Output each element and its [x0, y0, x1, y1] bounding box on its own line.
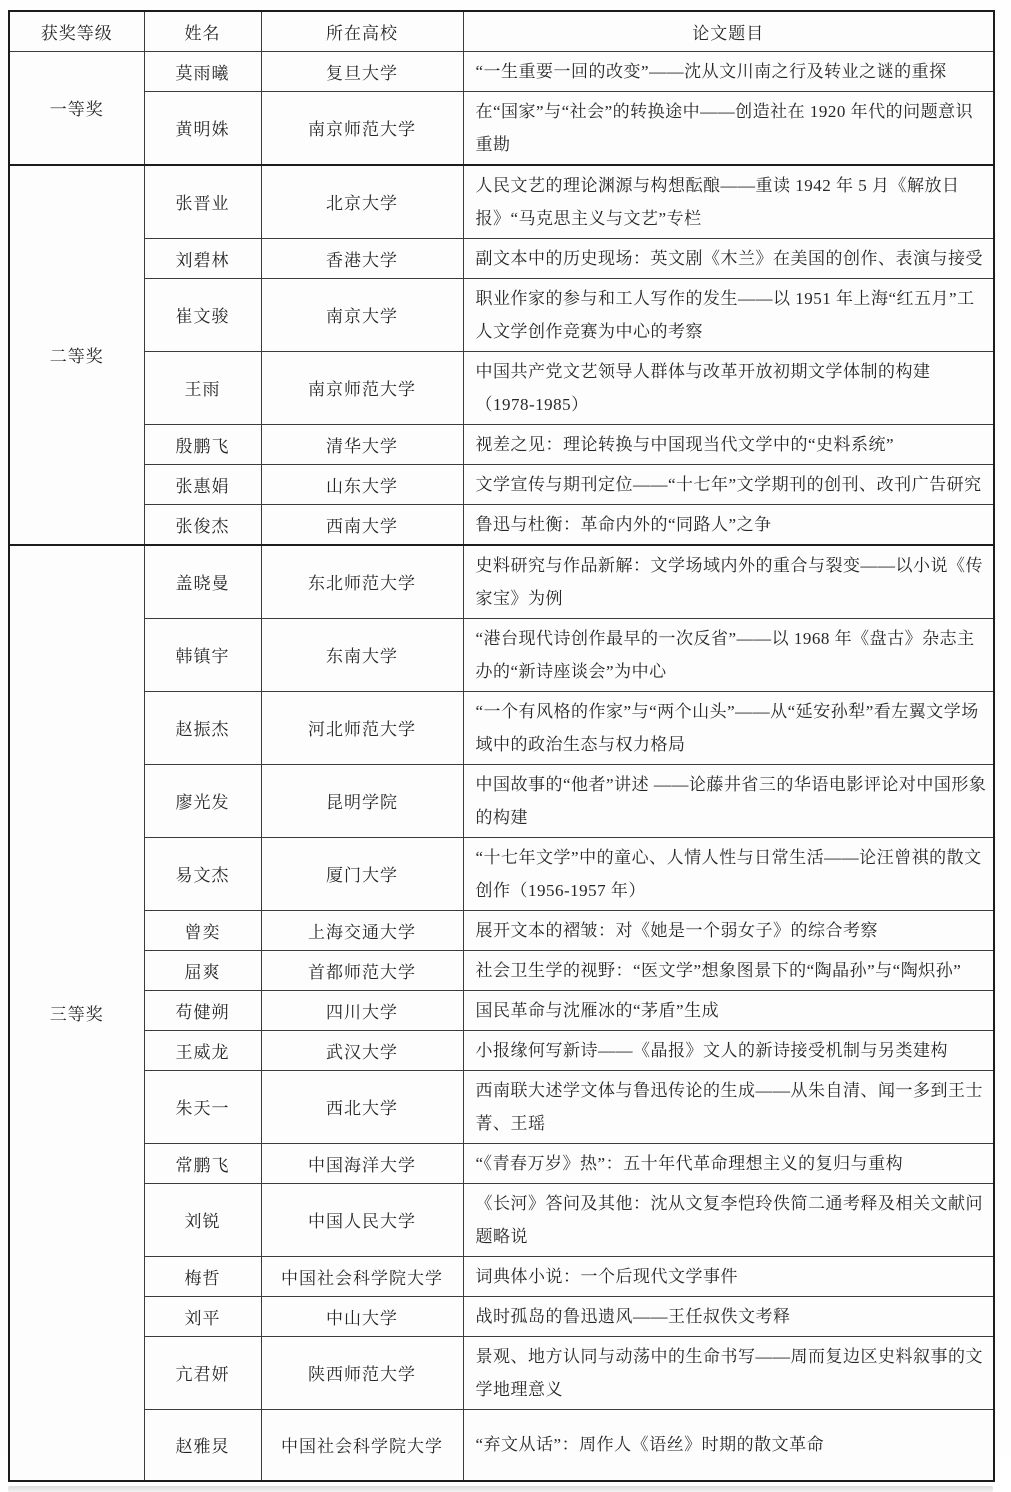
paper-title: “十七年文学”中的童心、人情人性与日常生活——论汪曾祺的散文创作（1956-19…: [463, 837, 994, 910]
table-row: 刘平 中山大学 战时孤岛的鲁迅遗风——王任叔佚文考释: [9, 1296, 994, 1336]
table-row: 刘碧林 香港大学 副文本中的历史现场：英文剧《木兰》在美国的创作、表演与接受: [9, 238, 994, 278]
university: 东南大学: [261, 618, 463, 691]
university: 中国社会科学院大学: [261, 1256, 463, 1296]
paper-title: “一生重要一回的改变”——沈从文川南之行及转业之谜的重探: [463, 51, 994, 91]
university: 昆明学院: [261, 764, 463, 837]
table-row: 梅哲 中国社会科学院大学 词典体小说：一个后现代文学事件: [9, 1256, 994, 1296]
table-row: 王威龙 武汉大学 小报缘何写新诗——《晶报》文人的新诗接受机制与另类建构: [9, 1030, 994, 1070]
paper-title: 西南联大述学文体与鲁迅传论的生成——从朱自清、闻一多到王士菁、王瑶: [463, 1070, 994, 1143]
awardee-name: 易文杰: [144, 837, 261, 910]
university: 中国海洋大学: [261, 1143, 463, 1183]
university: 厦门大学: [261, 837, 463, 910]
university: 香港大学: [261, 238, 463, 278]
table-row: 崔文骏 南京大学 职业作家的参与和工人写作的发生——以 1951 年上海“红五月…: [9, 278, 994, 351]
paper-title: “弃文从话”：周作人《语丝》时期的散文革命: [463, 1409, 994, 1481]
table-row: 张俊杰 西南大学 鲁迅与杜衡：革命内外的“同路人”之争: [9, 504, 994, 545]
table-row: 赵雅炅 中国社会科学院大学 “弃文从话”：周作人《语丝》时期的散文革命: [9, 1409, 994, 1481]
university: 中国人民大学: [261, 1183, 463, 1256]
awardee-name: 王雨: [144, 351, 261, 424]
university: 东北师范大学: [261, 545, 463, 619]
awardee-name: 苟健朔: [144, 990, 261, 1030]
table-row: 朱天一 西北大学 西南联大述学文体与鲁迅传论的生成——从朱自清、闻一多到王士菁、…: [9, 1070, 994, 1143]
paper-title: 国民革命与沈雁冰的“茅盾”生成: [463, 990, 994, 1030]
university: 南京师范大学: [261, 91, 463, 165]
awardee-name: 殷鹏飞: [144, 424, 261, 464]
table-row: 殷鹏飞 清华大学 视差之见：理论转换与中国现当代文学中的“史料系统”: [9, 424, 994, 464]
paper-title: 史料研究与作品新解：文学场域内外的重合与裂变——以小说《传家宝》为例: [463, 545, 994, 619]
university: 首都师范大学: [261, 950, 463, 990]
awardee-name: 常鹏飞: [144, 1143, 261, 1183]
university: 陕西师范大学: [261, 1336, 463, 1409]
paper-title: 小报缘何写新诗——《晶报》文人的新诗接受机制与另类建构: [463, 1030, 994, 1070]
paper-title: 战时孤岛的鲁迅遗风——王任叔佚文考释: [463, 1296, 994, 1336]
university: 复旦大学: [261, 51, 463, 91]
table-row: 苟健朔 四川大学 国民革命与沈雁冰的“茅盾”生成: [9, 990, 994, 1030]
paper-title: 鲁迅与杜衡：革命内外的“同路人”之争: [463, 504, 994, 545]
awardee-name: 张俊杰: [144, 504, 261, 545]
university: 中国社会科学院大学: [261, 1409, 463, 1481]
awardee-name: 赵振杰: [144, 691, 261, 764]
awardee-name: 王威龙: [144, 1030, 261, 1070]
table-row: 三等奖 盖晓曼 东北师范大学 史料研究与作品新解：文学场域内外的重合与裂变——以…: [9, 545, 994, 619]
award-level: 二等奖: [9, 165, 144, 545]
university: 南京师范大学: [261, 351, 463, 424]
university: 武汉大学: [261, 1030, 463, 1070]
university: 中山大学: [261, 1296, 463, 1336]
paper-title: 职业作家的参与和工人写作的发生——以 1951 年上海“红五月”工人文学创作竞赛…: [463, 278, 994, 351]
awardee-name: 张惠娟: [144, 464, 261, 504]
table-row: 韩镇宇 东南大学 “港台现代诗创作最早的一次反省”——以 1968 年《盘古》杂…: [9, 618, 994, 691]
awardee-name: 张晋业: [144, 165, 261, 239]
award-level: 一等奖: [9, 51, 144, 165]
paper-title: “港台现代诗创作最早的一次反省”——以 1968 年《盘古》杂志主办的“新诗座谈…: [463, 618, 994, 691]
paper-title: 中国共产党文艺领导人群体与改革开放初期文学体制的构建（1978-1985）: [463, 351, 994, 424]
paper-title: 中国故事的“他者”讲述 ——论藤井省三的华语电影评论对中国形象的构建: [463, 764, 994, 837]
table-row: 易文杰 厦门大学 “十七年文学”中的童心、人情人性与日常生活——论汪曾祺的散文创…: [9, 837, 994, 910]
table-row: 廖光发 昆明学院 中国故事的“他者”讲述 ——论藤井省三的华语电影评论对中国形象…: [9, 764, 994, 837]
paper-title: 《长河》答问及其他：沈从文复李恺玲佚简二通考释及相关文献问题略说: [463, 1183, 994, 1256]
paper-title: 人民文艺的理论渊源与构想酝酿——重读 1942 年 5 月《解放日报》“马克思主…: [463, 165, 994, 239]
table-row: 亢君妍 陕西师范大学 景观、地方认同与动荡中的生命书写——周而复边区史料叙事的文…: [9, 1336, 994, 1409]
table-row: 赵振杰 河北师范大学 “一个有风格的作家”与“两个山头”——从“延安孙犁”看左翼…: [9, 691, 994, 764]
document-page: 获奖等级 姓名 所在高校 论文题目 一等奖 莫雨曦 复旦大学 “一生重要一回的改…: [0, 0, 1011, 1455]
awardee-name: 盖晓曼: [144, 545, 261, 619]
award-level: 三等奖: [9, 545, 144, 1482]
header-award-level: 获奖等级: [9, 11, 144, 51]
university: 四川大学: [261, 990, 463, 1030]
awards-table: 获奖等级 姓名 所在高校 论文题目 一等奖 莫雨曦 复旦大学 “一生重要一回的改…: [8, 10, 995, 1482]
university: 河北师范大学: [261, 691, 463, 764]
awardee-name: 赵雅炅: [144, 1409, 261, 1481]
awardee-name: 莫雨曦: [144, 51, 261, 91]
header-name: 姓名: [144, 11, 261, 51]
table-row: 黄明姝 南京师范大学 在“国家”与“社会”的转换途中——创造社在 1920 年代…: [9, 91, 994, 165]
awardee-name: 朱天一: [144, 1070, 261, 1143]
paper-title: 景观、地方认同与动荡中的生命书写——周而复边区史料叙事的文学地理意义: [463, 1336, 994, 1409]
university: 西南大学: [261, 504, 463, 545]
paper-title: “《青春万岁》热”：五十年代革命理想主义的复归与重构: [463, 1143, 994, 1183]
table-row: 王雨 南京师范大学 中国共产党文艺领导人群体与改革开放初期文学体制的构建（197…: [9, 351, 994, 424]
table-row: 曾奕 上海交通大学 展开文本的褶皱：对《她是一个弱女子》的综合考察: [9, 910, 994, 950]
table-row: 二等奖 张晋业 北京大学 人民文艺的理论渊源与构想酝酿——重读 1942 年 5…: [9, 165, 994, 239]
table-row: 屈爽 首都师范大学 社会卫生学的视野：“医文学”想象图景下的“陶晶孙”与“陶炽孙…: [9, 950, 994, 990]
university: 清华大学: [261, 424, 463, 464]
awardee-name: 刘平: [144, 1296, 261, 1336]
awardee-name: 廖光发: [144, 764, 261, 837]
paper-title: “一个有风格的作家”与“两个山头”——从“延安孙犁”看左翼文学场域中的政治生态与…: [463, 691, 994, 764]
paper-title: 副文本中的历史现场：英文剧《木兰》在美国的创作、表演与接受: [463, 238, 994, 278]
header-row: 获奖等级 姓名 所在高校 论文题目: [9, 11, 994, 51]
header-university: 所在高校: [261, 11, 463, 51]
awardee-name: 亢君妍: [144, 1336, 261, 1409]
page-edge-shadow: [8, 1486, 993, 1492]
paper-title: 社会卫生学的视野：“医文学”想象图景下的“陶晶孙”与“陶炽孙”: [463, 950, 994, 990]
awardee-name: 刘锐: [144, 1183, 261, 1256]
university: 上海交通大学: [261, 910, 463, 950]
awardee-name: 黄明姝: [144, 91, 261, 165]
table-row: 常鹏飞 中国海洋大学 “《青春万岁》热”：五十年代革命理想主义的复归与重构: [9, 1143, 994, 1183]
awardee-name: 屈爽: [144, 950, 261, 990]
awardee-name: 崔文骏: [144, 278, 261, 351]
paper-title: 文学宣传与期刊定位——“十七年”文学期刊的创刊、改刊广告研究: [463, 464, 994, 504]
university: 山东大学: [261, 464, 463, 504]
university: 西北大学: [261, 1070, 463, 1143]
awardee-name: 刘碧林: [144, 238, 261, 278]
table-row: 张惠娟 山东大学 文学宣传与期刊定位——“十七年”文学期刊的创刊、改刊广告研究: [9, 464, 994, 504]
paper-title: 视差之见：理论转换与中国现当代文学中的“史料系统”: [463, 424, 994, 464]
awardee-name: 曾奕: [144, 910, 261, 950]
university: 南京大学: [261, 278, 463, 351]
paper-title: 在“国家”与“社会”的转换途中——创造社在 1920 年代的问题意识重勘: [463, 91, 994, 165]
header-paper-title: 论文题目: [463, 11, 994, 51]
university: 北京大学: [261, 165, 463, 239]
awardee-name: 韩镇宇: [144, 618, 261, 691]
awardee-name: 梅哲: [144, 1256, 261, 1296]
table-row: 刘锐 中国人民大学 《长河》答问及其他：沈从文复李恺玲佚简二通考释及相关文献问题…: [9, 1183, 994, 1256]
paper-title: 展开文本的褶皱：对《她是一个弱女子》的综合考察: [463, 910, 994, 950]
table-row: 一等奖 莫雨曦 复旦大学 “一生重要一回的改变”——沈从文川南之行及转业之谜的重…: [9, 51, 994, 91]
paper-title: 词典体小说：一个后现代文学事件: [463, 1256, 994, 1296]
